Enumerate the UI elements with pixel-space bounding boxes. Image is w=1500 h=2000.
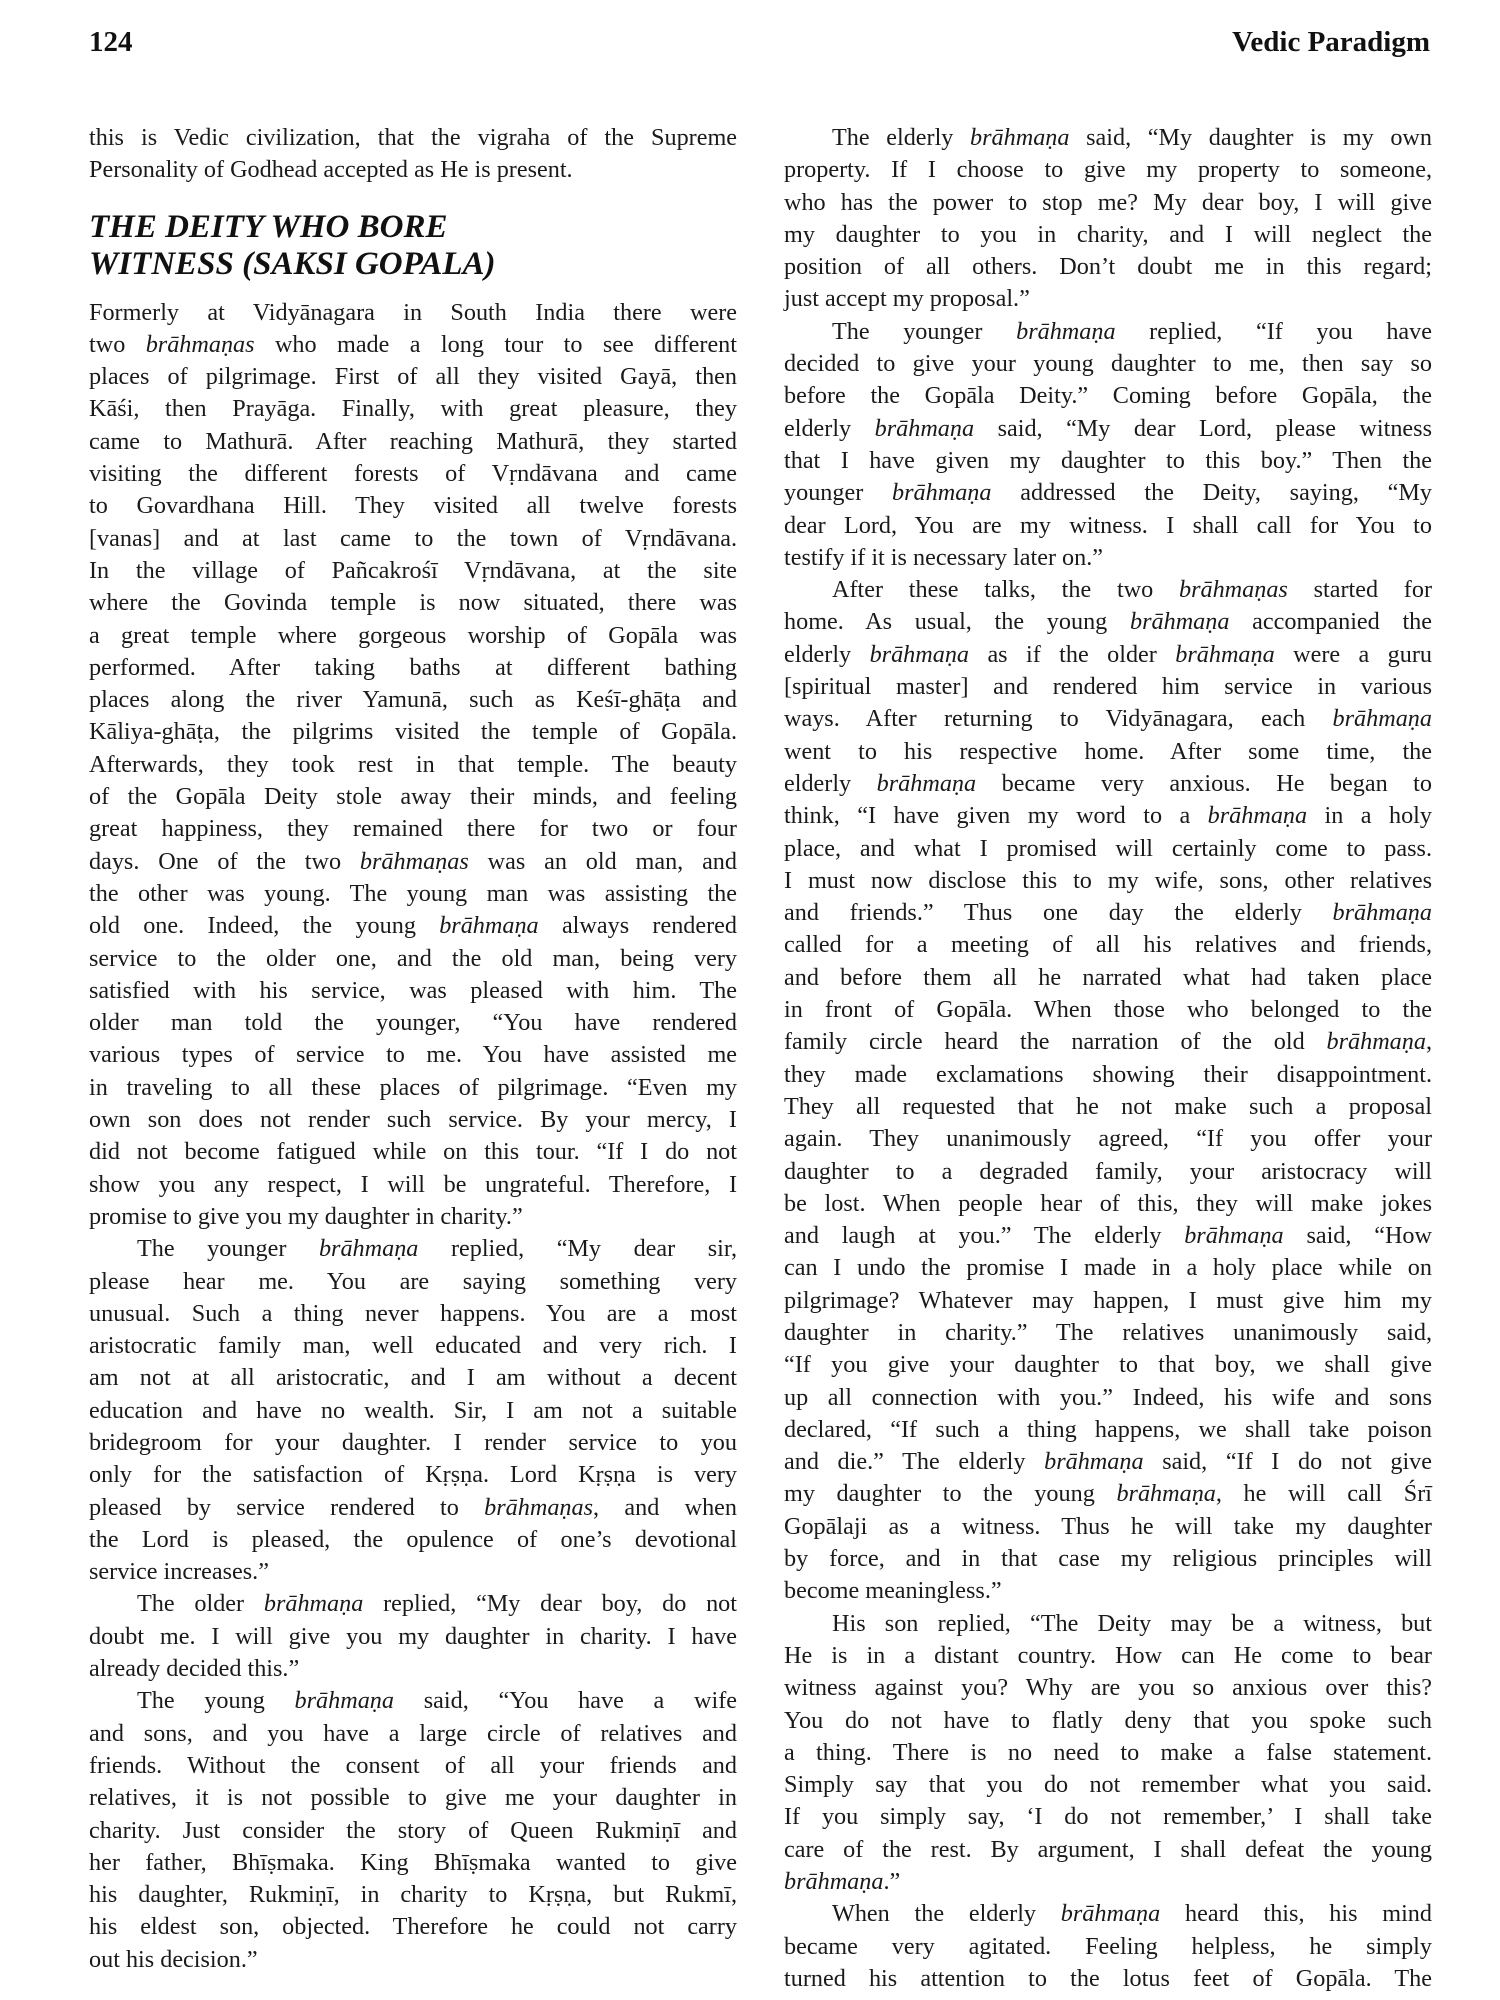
left-column: this is Vedic civilization, that the vig… [89,122,737,1976]
text-line: my daughter to you in charity, and I wil… [784,219,1432,251]
text-line: satisfied with his service, was pleased … [89,975,737,1007]
text-line: daughter to a degraded family, your aris… [784,1156,1432,1188]
text-line: You do not have to flatly deny that you … [784,1705,1432,1737]
text-line: again. They unanimously agreed, “If you … [784,1123,1432,1155]
text-line: property. If I choose to give my propert… [784,154,1432,186]
text-line: and sons, and you have a large circle of… [89,1718,737,1750]
text-line: her father, Bhīṣmaka. King Bhīṣmaka want… [89,1847,737,1879]
text-line: the Lord is pleased, the opulence of one… [89,1524,737,1556]
text-line: show you any respect, I will be ungratef… [89,1169,737,1201]
text-line: brāhmaṇa.” [784,1866,1432,1898]
text-line: Formerly at Vidyānagara in South India t… [89,297,737,329]
text-line: his eldest son, objected. Therefore he c… [89,1911,737,1943]
text-line: doubt me. I will give you my daughter in… [89,1621,737,1653]
paragraph: After these talks, the two brāhmaṇas sta… [784,574,1432,1608]
text-line: younger brāhmaṇa addressed the Deity, sa… [784,477,1432,509]
text-line: place, and what I promised will certainl… [784,833,1432,865]
text-line: Gopālaji as a witness. Thus he will take… [784,1511,1432,1543]
text-line: When the elderly brāhmaṇa heard this, hi… [784,1898,1432,1930]
text-line: in traveling to all these places of pilg… [89,1072,737,1104]
text-line: in front of Gopāla. When those who belon… [784,994,1432,1026]
text-line: His son replied, “The Deity may be a wit… [784,1608,1432,1640]
text-line: charity. Just consider the story of Quee… [89,1815,737,1847]
text-line: visiting the different forests of Vṛndāv… [89,458,737,490]
paragraph: The younger brāhmaṇa replied, “My dear s… [89,1233,737,1588]
text-line: called for a meeting of all his relative… [784,929,1432,961]
text-line: became very agitated. Feeling helpless, … [784,1931,1432,1963]
text-line: declared, “If such a thing happens, we s… [784,1414,1432,1446]
text-line: testify if it is necessary later on.” [784,542,1432,574]
text-line: aristocratic family man, well educated a… [89,1330,737,1362]
text-line: they made exclamations showing their dis… [784,1059,1432,1091]
text-line: already decided this.” [89,1653,737,1685]
text-line: various types of service to me. You have… [89,1039,737,1071]
text-line: my daughter to the young brāhmaṇa, he wi… [784,1478,1432,1510]
text-line: came to Mathurā. After reaching Mathurā,… [89,426,737,458]
paragraph: When the elderly brāhmaṇa heard this, hi… [784,1898,1432,1995]
text-line: places along the river Yamunā, such as K… [89,684,737,716]
text-line: ways. After returning to Vidyānagara, ea… [784,703,1432,735]
text-line: who has the power to stop me? My dear bo… [784,187,1432,219]
text-line: promise to give you my daughter in chari… [89,1201,737,1233]
paragraph: Formerly at Vidyānagara in South India t… [89,297,737,1234]
text-line: did not become fatigued while on this to… [89,1136,737,1168]
text-line: The elderly brāhmaṇa said, “My daughter … [784,122,1432,154]
running-title: Vedic Paradigm [1232,26,1430,59]
paragraph: The elderly brāhmaṇa said, “My daughter … [784,122,1432,316]
text-line: up all connection with you.” Indeed, his… [784,1382,1432,1414]
text-line: He is in a distant country. How can He c… [784,1640,1432,1672]
text-line: a thing. There is no need to make a fals… [784,1737,1432,1769]
text-line: by force, and in that case my religious … [784,1543,1432,1575]
text-line: education and have no wealth. Sir, I am … [89,1395,737,1427]
text-line: of the Gopāla Deity stole away their min… [89,781,737,813]
text-line: went to his respective home. After some … [784,736,1432,768]
text-line: relatives, it is not possible to give me… [89,1782,737,1814]
text-line: Simply say that you do not remember what… [784,1769,1432,1801]
text-line: elderly brāhmaṇa as if the older brāhmaṇ… [784,639,1432,671]
text-line: and before them all he narrated what had… [784,962,1432,994]
text-line: They all requested that he not make such… [784,1091,1432,1123]
right-body: The elderly brāhmaṇa said, “My daughter … [784,122,1432,1995]
text-line: Kāliya-ghāṭa, the pilgrims visited the t… [89,716,737,748]
text-line: the other was young. The young man was a… [89,878,737,910]
text-line: that I have given my daughter to this bo… [784,445,1432,477]
text-line: pilgrimage? Whatever may happen, I must … [784,1285,1432,1317]
text-line: older man told the younger, “You have re… [89,1007,737,1039]
text-line: before the Gopāla Deity.” Coming before … [784,380,1432,412]
text-line: out his decision.” [89,1944,737,1976]
text-line: unusual. Such a thing never happens. You… [89,1298,737,1330]
text-line: and die.” The elderly brāhmaṇa said, “If… [784,1446,1432,1478]
text-line: [spiritual master] and rendered him serv… [784,671,1432,703]
text-line: service increases.” [89,1556,737,1588]
section-heading-line-2: WITNESS (SAKSI GOPALA) [89,246,737,283]
text-line: home. As usual, the young brāhmaṇa accom… [784,606,1432,638]
text-line: elderly brāhmaṇa said, “My dear Lord, pl… [784,413,1432,445]
text-line: be lost. When people hear of this, they … [784,1188,1432,1220]
text-line: this is Vedic civilization, that the vig… [89,122,737,154]
text-line: days. One of the two brāhmaṇas was an ol… [89,846,737,878]
text-line: service to the older one, and the old ma… [89,943,737,975]
text-line: Kāśi, then Prayāga. Finally, with great … [89,393,737,425]
text-line: family circle heard the narration of the… [784,1026,1432,1058]
text-line: elderly brāhmaṇa became very anxious. He… [784,768,1432,800]
text-line: The young brāhmaṇa said, “You have a wif… [89,1685,737,1717]
paragraph: The younger brāhmaṇa replied, “If you ha… [784,316,1432,574]
text-line: only for the satisfaction of Kṛṣṇa. Lord… [89,1459,737,1491]
section-heading-line-1: THE DEITY WHO BORE [89,209,737,246]
text-line: old one. Indeed, the young brāhmaṇa alwa… [89,910,737,942]
text-line: I must now disclose this to my wife, son… [784,865,1432,897]
text-line: If you simply say, ‘I do not remember,’ … [784,1801,1432,1833]
paragraph: The young brāhmaṇa said, “You have a wif… [89,1685,737,1976]
text-line: performed. After taking baths at differe… [89,652,737,684]
text-line: position of all others. Don’t doubt me i… [784,251,1432,283]
text-line: The younger brāhmaṇa replied, “My dear s… [89,1233,737,1265]
text-line: turned his attention to the lotus feet o… [784,1963,1432,1995]
text-line: [vanas] and at last came to the town of … [89,523,737,555]
text-line: witness against you? Why are you so anxi… [784,1672,1432,1704]
paragraph: His son replied, “The Deity may be a wit… [784,1608,1432,1899]
text-line: friends. Without the consent of all your… [89,1750,737,1782]
text-line: am not at all aristocratic, and I am wit… [89,1362,737,1394]
text-line: places of pilgrimage. First of all they … [89,361,737,393]
text-line: The younger brāhmaṇa replied, “If you ha… [784,316,1432,348]
text-line: please hear me. You are saying something… [89,1266,737,1298]
section-heading: THE DEITY WHO BORE WITNESS (SAKSI GOPALA… [89,209,737,283]
text-line: think, “I have given my word to a brāhma… [784,800,1432,832]
text-line: two brāhmaṇas who made a long tour to se… [89,329,737,361]
text-line: and friends.” Thus one day the elderly b… [784,897,1432,929]
text-line: decided to give your young daughter to m… [784,348,1432,380]
text-line: dear Lord, You are my witness. I shall c… [784,510,1432,542]
intro-paragraph: this is Vedic civilization, that the vig… [89,122,737,187]
text-line: his daughter, Rukmiṇī, in charity to Kṛṣ… [89,1879,737,1911]
text-line: become meaningless.” [784,1575,1432,1607]
left-body: Formerly at Vidyānagara in South India t… [89,297,737,1976]
text-line: The older brāhmaṇa replied, “My dear boy… [89,1588,737,1620]
text-line: care of the rest. By argument, I shall d… [784,1834,1432,1866]
text-line: a great temple where gorgeous worship of… [89,620,737,652]
text-line: own son does not render such service. By… [89,1104,737,1136]
text-line: Personality of Godhead accepted as He is… [89,154,737,186]
paragraph: The older brāhmaṇa replied, “My dear boy… [89,1588,737,1685]
text-line: can I undo the promise I made in a holy … [784,1252,1432,1284]
text-line: just accept my proposal.” [784,283,1432,315]
text-line: bridegroom for your daughter. I render s… [89,1427,737,1459]
text-line: where the Govinda temple is now situated… [89,587,737,619]
right-column: The elderly brāhmaṇa said, “My daughter … [784,122,1432,1995]
text-line: daughter in charity.” The relatives unan… [784,1317,1432,1349]
text-line: In the village of Pañcakrośī Vṛndāvana, … [89,555,737,587]
text-line: great happiness, they remained there for… [89,813,737,845]
text-line: After these talks, the two brāhmaṇas sta… [784,574,1432,606]
text-line: and laugh at you.” The elderly brāhmaṇa … [784,1220,1432,1252]
text-line: “If you give your daughter to that boy, … [784,1349,1432,1381]
text-line: to Govardhana Hill. They visited all twe… [89,490,737,522]
text-line: Afterwards, they took rest in that templ… [89,749,737,781]
text-line: pleased by service rendered to brāhmaṇas… [89,1492,737,1524]
page-number: 124 [89,26,133,59]
